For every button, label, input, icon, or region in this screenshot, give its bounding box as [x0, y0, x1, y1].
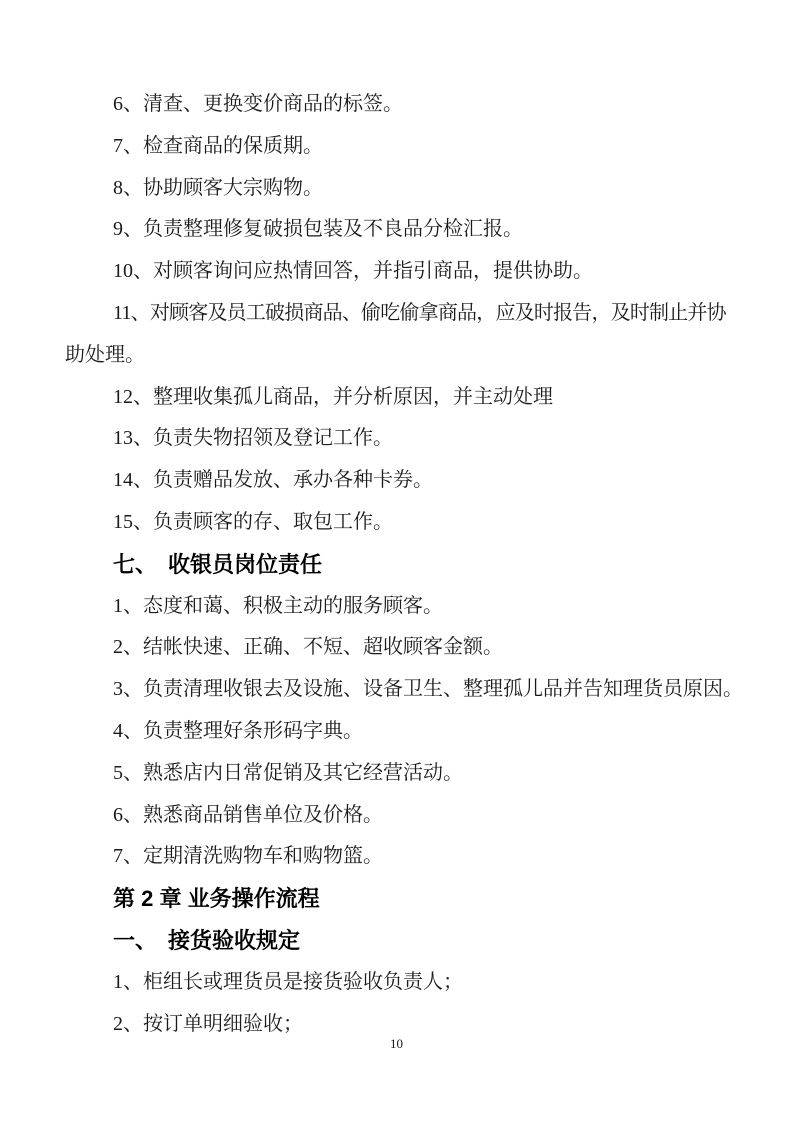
list-item: 12、整理收集孤儿商品，并分析原因，并主动处理 — [65, 377, 735, 419]
list-item: 9、负责整理修复破损包装及不良品分检汇报。 — [65, 209, 735, 251]
list-item: 1、态度和蔼、积极主动的服务顾客。 — [65, 586, 735, 628]
list-item: 14、负责赠品发放、承办各种卡券。 — [65, 460, 735, 502]
document-page: 6、清查、更换变价商品的标签。7、检查商品的保质期。8、协助顾客大宗购物。9、负… — [0, 0, 793, 1122]
list-item: 13、负责失物招领及登记工作。 — [65, 418, 735, 460]
list-item: 6、清查、更换变价商品的标签。 — [65, 84, 735, 126]
list-item: 3、负责清理收银去及设施、设备卫生、整理孤儿品并告知理货员原因。 — [65, 669, 735, 711]
list-item: 2、结帐快速、正确、不短、超收顾客金额。 — [65, 627, 735, 669]
list-item: 4、负责整理好条形码字典。 — [65, 711, 735, 753]
list-item: 10、对顾客询问应热情回答，并指引商品，提供协助。 — [65, 251, 735, 293]
chapter-heading: 第 2 章 业务操作流程 — [65, 878, 735, 920]
list-item-wrap: 助处理。 — [65, 335, 735, 377]
page-number: 10 — [0, 1036, 793, 1052]
list-item: 7、检查商品的保质期。 — [65, 126, 735, 168]
list-item: 7、定期清洗购物车和购物篮。 — [65, 836, 735, 878]
list-item: 11、对顾客及员工破损商品、偷吃偷拿商品，应及时报告，及时制止并协 — [65, 293, 735, 335]
list-item: 8、协助顾客大宗购物。 — [65, 168, 735, 210]
page-content: 6、清查、更换变价商品的标签。7、检查商品的保质期。8、协助顾客大宗购物。9、负… — [65, 84, 735, 1045]
section-heading: 一、 接货验收规定 — [65, 920, 735, 962]
section-heading: 七、 收银员岗位责任 — [65, 544, 735, 586]
list-item: 1、柜组长或理货员是接货验收负责人； — [65, 962, 735, 1004]
list-item: 15、负责顾客的存、取包工作。 — [65, 502, 735, 544]
list-item: 6、熟悉商品销售单位及价格。 — [65, 795, 735, 837]
list-item: 5、熟悉店内日常促销及其它经营活动。 — [65, 753, 735, 795]
